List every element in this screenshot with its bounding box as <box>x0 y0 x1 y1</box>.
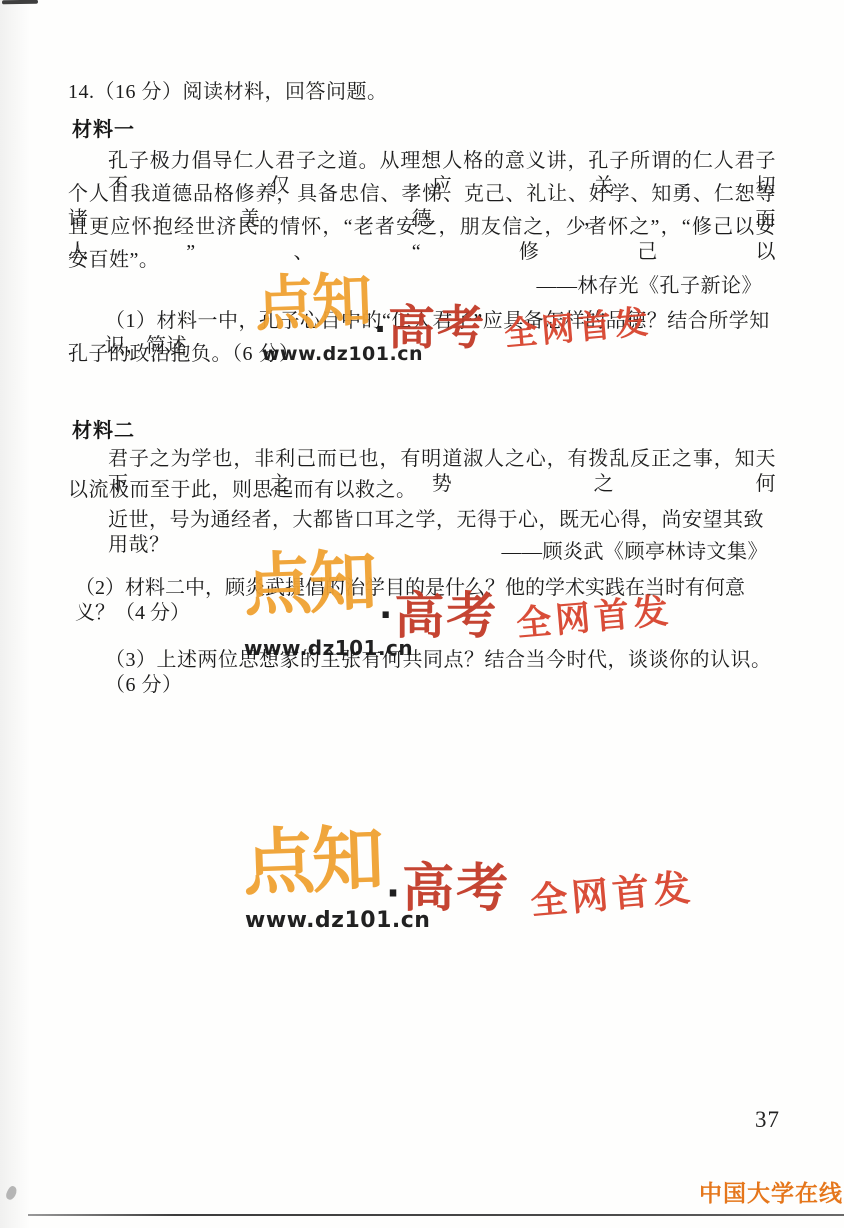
question-14-header: 14.（16 分）阅读材料，回答问题。 <box>68 80 776 105</box>
material-two-label: 材料二 <box>72 414 135 443</box>
watermark-tagline: 全网首发 <box>528 857 696 925</box>
material-two-line-2: 以流极而至于此，则思起而有以救之。 <box>68 478 776 503</box>
page-number: 37 <box>755 1107 780 1133</box>
scanned-exam-page: 14.（16 分）阅读材料，回答问题。 材料一 孔子极力倡导仁人君子之道。从理想… <box>0 0 844 1228</box>
material-one-line-4: 安百姓”。 <box>68 248 776 273</box>
watermark-logo-3: 点知 · 高考 全网首发 www.dz101.cn <box>243 822 694 921</box>
scan-edge-shading <box>0 0 30 1228</box>
watermark-product-text: 高考 <box>402 846 510 921</box>
material-one-attribution: ——林存光《孔子新论》 <box>68 274 776 299</box>
material-one-label: 材料一 <box>72 113 135 142</box>
scan-corner-mark <box>2 0 38 4</box>
scan-speck <box>4 1185 19 1202</box>
question-1-line-2: 孔子的政治抱负。（6 分） <box>68 342 776 367</box>
watermark-url: www.dz101.cn <box>245 908 430 933</box>
question-2: （2）材料二中，顾炎武提倡的治学目的是什么？他的学术实践在当时有何意义？（4 分… <box>68 576 776 626</box>
question-3: （3）上述两位思想家的主张有何共同点？结合当今时代，谈谈你的认识。（6 分） <box>68 648 776 698</box>
material-two-attribution: ——顾炎武《顾亭林诗文集》 <box>68 540 776 565</box>
watermark-separator-dot: · <box>386 872 400 915</box>
bottom-scan-rule <box>28 1214 844 1216</box>
watermark-brand-text: 点知 <box>242 820 383 903</box>
footer-site-brand: 中国大学在线 <box>699 1175 843 1208</box>
